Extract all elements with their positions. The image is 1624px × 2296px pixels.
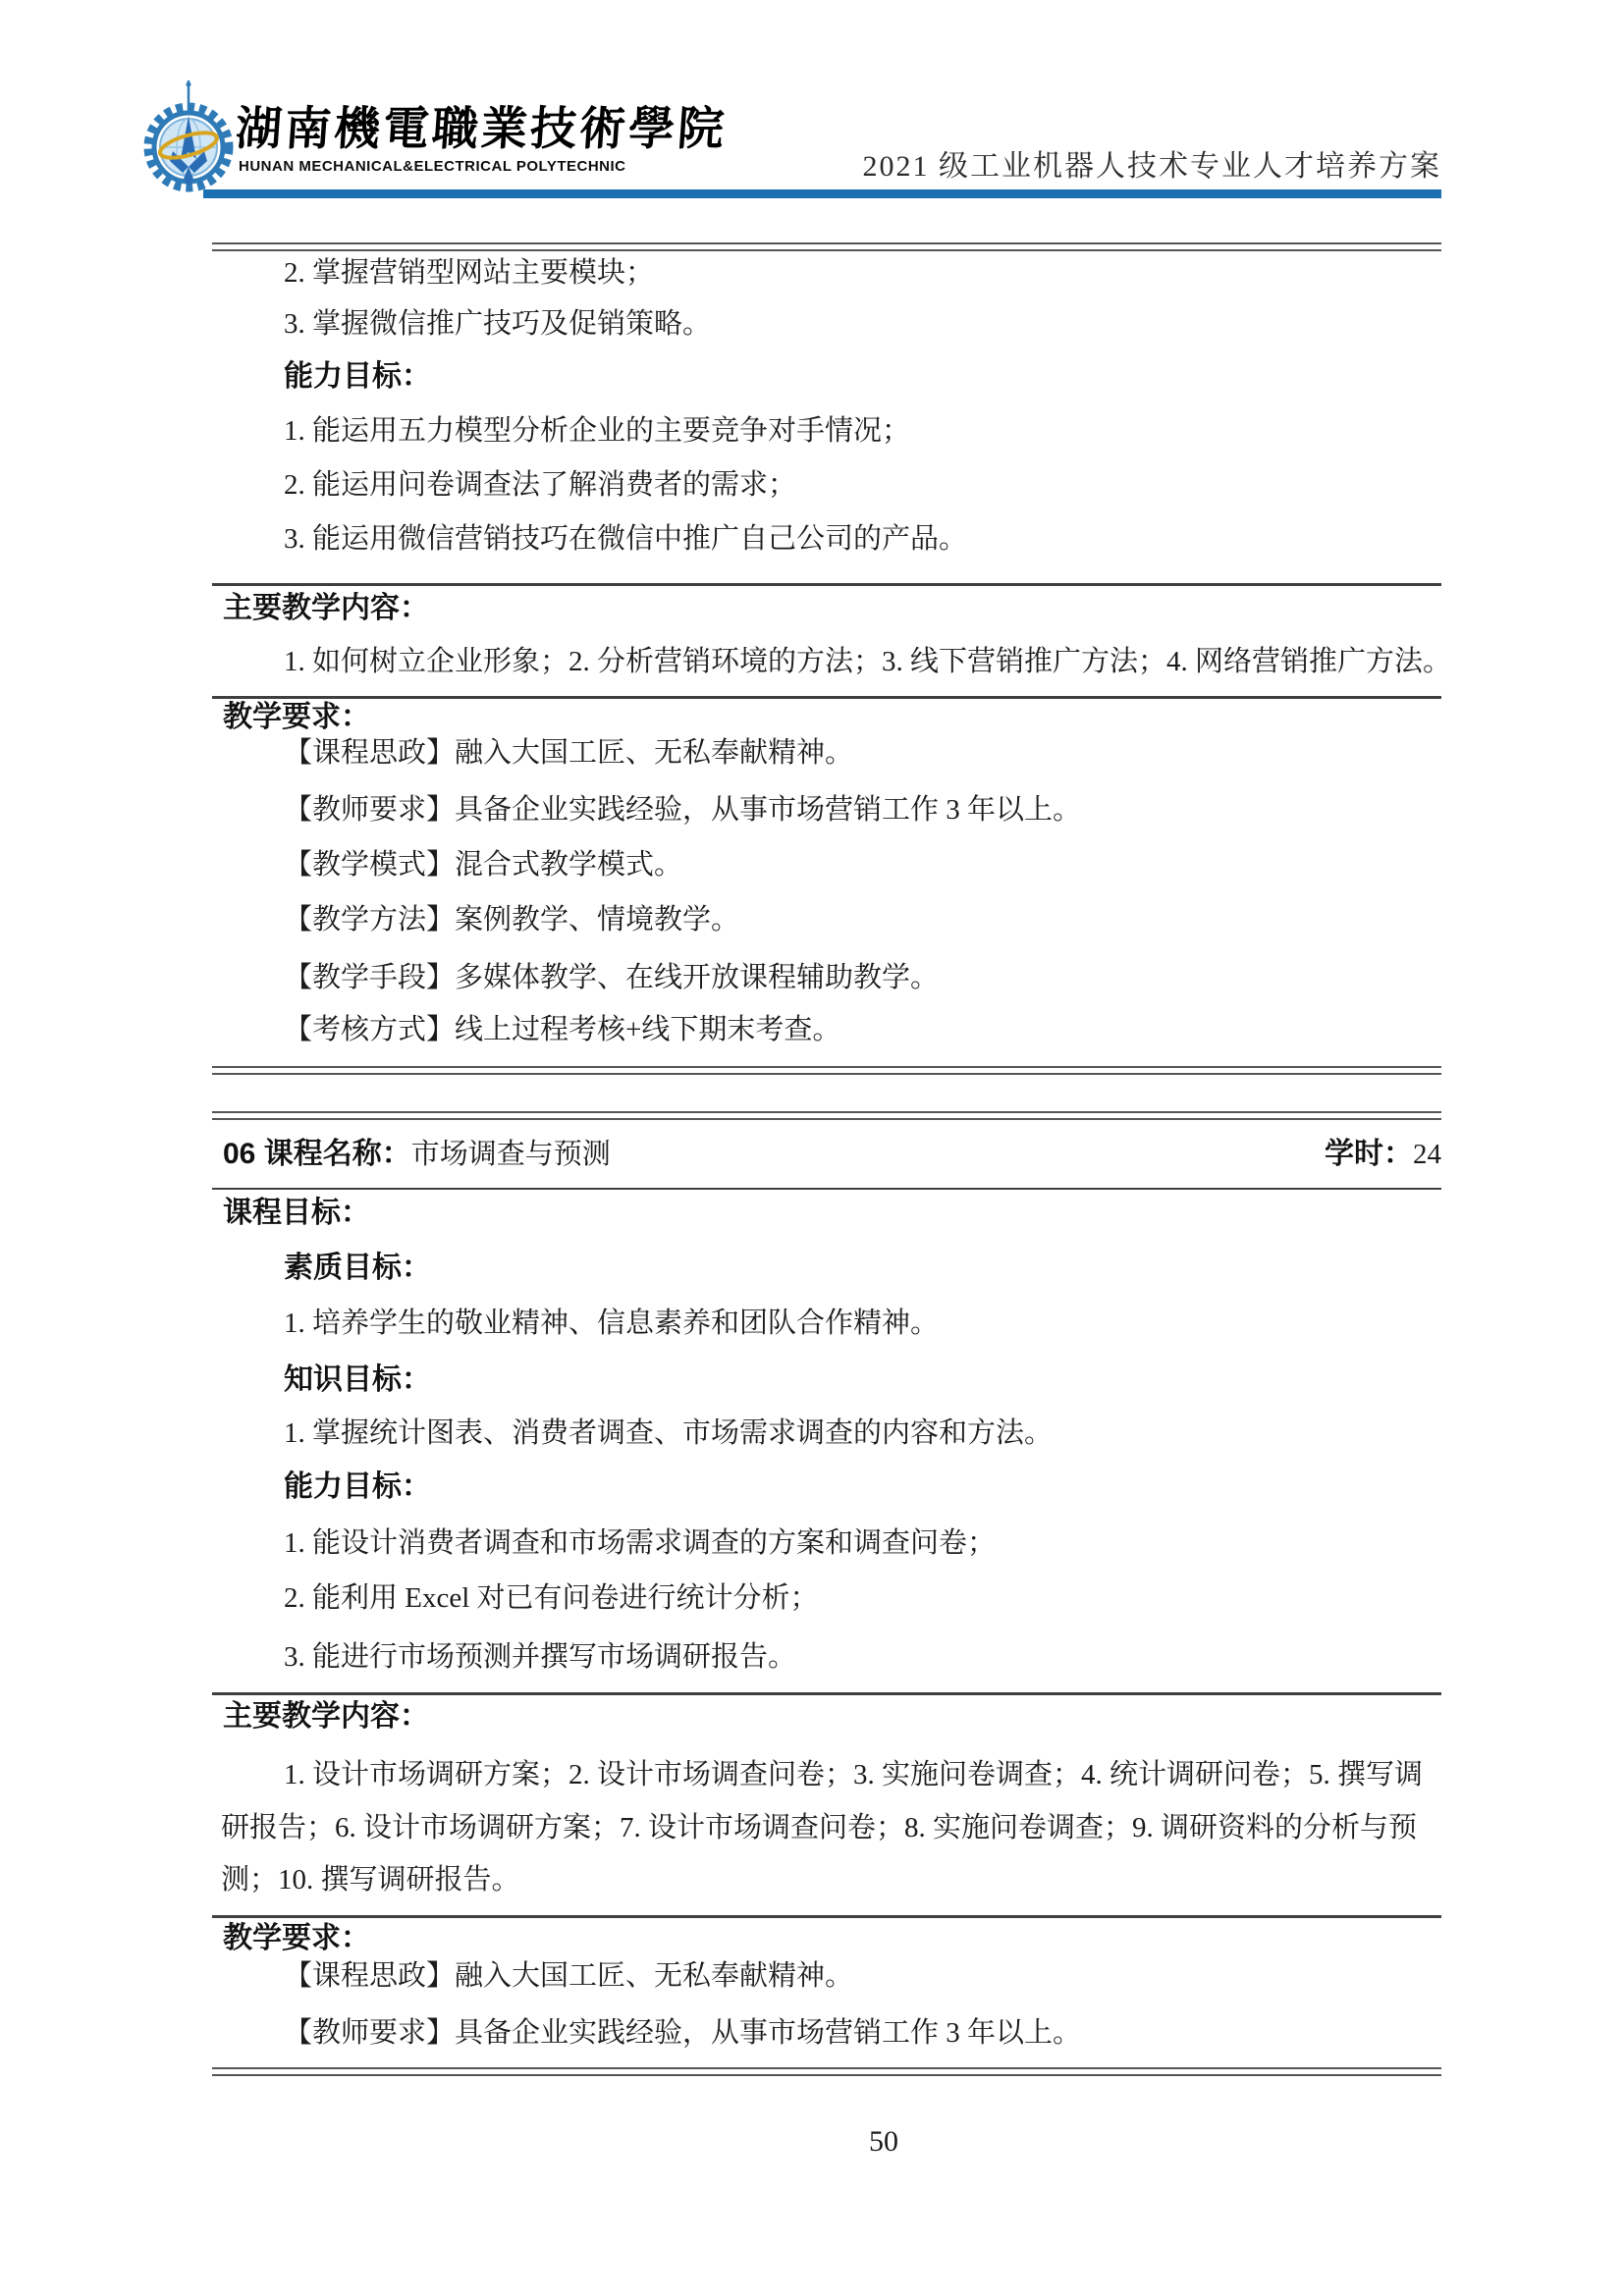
knowledge-goals-heading: 知识目标： bbox=[284, 1361, 431, 1400]
course-hours-value: 24 bbox=[1413, 1139, 1441, 1170]
knowledge-item: 1. 掌握统计图表、消费者调查、市场需求调查的内容和方法。 bbox=[284, 1414, 1053, 1453]
teaching-content-line: 研报告；6. 设计市场调研方案；7. 设计市场调查问卷；8. 实施问卷调查；9.… bbox=[221, 1808, 1417, 1847]
requirement-item: 【教师要求】具备企业实践经验，从事市场营销工作 3 年以上。 bbox=[284, 790, 1081, 829]
school-name-en: HUNAN MECHANICAL&ELECTRICAL POLYTECHNIC bbox=[239, 157, 626, 177]
teaching-content-line: 测；10. 撰写调研报告。 bbox=[221, 1860, 520, 1899]
header-accent-bar bbox=[203, 189, 1441, 198]
ability-goals-heading: 能力目标： bbox=[284, 1468, 431, 1507]
ability-goals-heading: 能力目标： bbox=[284, 357, 431, 397]
teaching-content-heading: 主要教学内容： bbox=[223, 589, 429, 628]
requirement-item: 【教学模式】混合式教学模式。 bbox=[284, 845, 682, 884]
row-divider bbox=[212, 1692, 1441, 1695]
row-divider bbox=[212, 696, 1441, 699]
section-bottom-rule bbox=[212, 2067, 1441, 2076]
course-code-label: 06 课程名称： bbox=[223, 1138, 411, 1170]
course-hours: 学时：24 bbox=[1325, 1135, 1441, 1174]
teaching-requirements-heading: 教学要求： bbox=[223, 1919, 370, 1958]
ability-item: 1. 能运用五力模型分析企业的主要竞争对手情况； bbox=[284, 411, 910, 451]
teaching-content-line: 1. 设计市场调研方案；2. 设计市场调查问卷；3. 实施问卷调查；4. 统计调… bbox=[284, 1755, 1423, 1794]
course-objectives-heading: 课程目标： bbox=[223, 1194, 370, 1233]
requirement-item: 【课程思政】融入大国工匠、无私奉献精神。 bbox=[284, 733, 853, 773]
section-top-rule bbox=[212, 1111, 1441, 1120]
ability-item: 1. 能设计消费者调查和市场需求调查的方案和调查问卷； bbox=[284, 1523, 996, 1563]
requirement-item: 【考核方式】线上过程考核+线下期末考查。 bbox=[284, 1010, 840, 1049]
page-number: 50 bbox=[844, 2122, 923, 2162]
ability-item: 3. 能进行市场预测并撰写市场调研报告。 bbox=[284, 1637, 796, 1677]
teaching-requirements-heading: 教学要求： bbox=[223, 698, 370, 737]
ability-item: 3. 能运用微信营销技巧在微信中推广自己公司的产品。 bbox=[284, 519, 967, 559]
ability-item: 2. 能利用 Excel 对已有问卷进行统计分析； bbox=[284, 1578, 819, 1618]
school-logo-icon bbox=[143, 77, 234, 192]
knowledge-item: 3. 掌握微信推广技巧及促销策略。 bbox=[284, 304, 711, 344]
section-bottom-rule bbox=[212, 1066, 1441, 1075]
quality-item: 1. 培养学生的敬业精神、信息素养和团队合作精神。 bbox=[284, 1304, 939, 1343]
document-title: 2021 级工业机器人技术专业人才培养方案 bbox=[863, 147, 1442, 187]
knowledge-item: 2. 掌握营销型网站主要模块； bbox=[284, 253, 654, 293]
course-name: 市场调查与预测 bbox=[411, 1139, 611, 1170]
row-divider bbox=[212, 1188, 1441, 1190]
row-divider bbox=[212, 1915, 1441, 1918]
course-hours-label: 学时： bbox=[1325, 1138, 1413, 1170]
teaching-content-text: 1. 如何树立企业形象；2. 分析营销环境的方法；3. 线下营销推广方法；4. … bbox=[284, 642, 1451, 681]
teaching-content-heading: 主要教学内容： bbox=[223, 1697, 429, 1736]
school-name-cn: 湖南機電職業技術學院 bbox=[234, 102, 729, 157]
document-page: 湖南機電職業技術學院 HUNAN MECHANICAL&ELECTRICAL P… bbox=[0, 0, 1624, 2296]
requirement-item: 【教师要求】具备企业实践经验，从事市场营销工作 3 年以上。 bbox=[284, 2013, 1081, 2053]
requirement-item: 【教学手段】多媒体教学、在线开放课程辅助教学。 bbox=[284, 958, 939, 997]
section-top-rule bbox=[212, 242, 1441, 251]
course-title-row: 06 课程名称：市场调查与预测 bbox=[223, 1135, 611, 1174]
requirement-item: 【教学方法】案例教学、情境教学。 bbox=[284, 900, 739, 939]
requirement-item: 【课程思政】融入大国工匠、无私奉献精神。 bbox=[284, 1956, 853, 1996]
quality-goals-heading: 素质目标： bbox=[284, 1249, 431, 1288]
row-divider bbox=[212, 583, 1441, 586]
ability-item: 2. 能运用问卷调查法了解消费者的需求； bbox=[284, 465, 796, 505]
